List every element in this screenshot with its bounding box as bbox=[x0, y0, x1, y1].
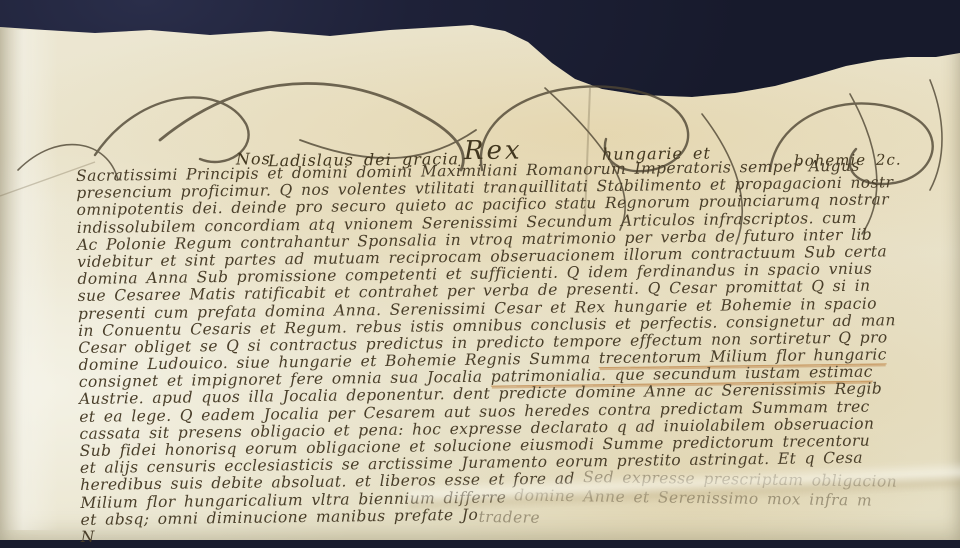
manuscript-text-segment: tradere bbox=[478, 509, 540, 527]
manuscript-text-segment: N bbox=[81, 528, 95, 540]
photo-of-parchment-charter: Nos Ladislaus dei gracia Rex hungarie et… bbox=[0, 0, 960, 540]
